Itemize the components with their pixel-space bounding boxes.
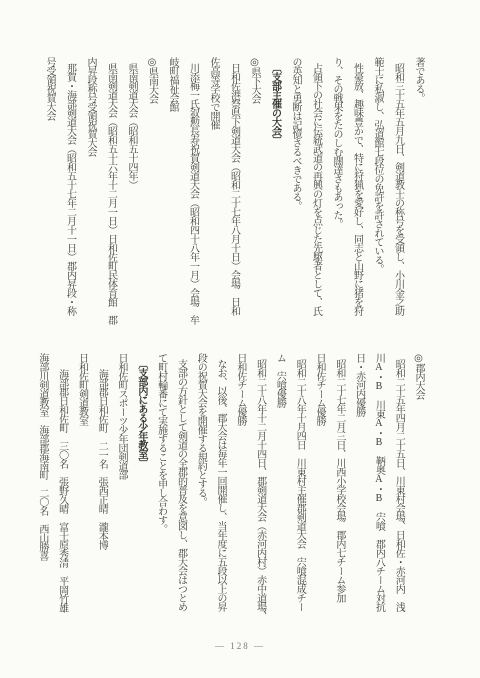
text-column: 海部郡日和佐町 二一名 張西正晴 瀧本博 [91, 353, 111, 631]
text-column: 那賀・海部剣道大会（昭和五十七年二月十一日）郡内昇段・称 [59, 57, 80, 335]
text-column: 佐高等学校で開催 [203, 57, 224, 335]
text-column: 岐町福祉会館 [162, 57, 183, 335]
text-column: 海部川剣道教室 海部郡海南町 二〇名 西山勝喜 [32, 353, 52, 631]
text-column: 川添梅一氏叙勲長寿祝賀剣道大会（昭和四十八年一月）会場 牟 [182, 57, 203, 335]
section-heading: 〔支部主催の大会〕 [264, 57, 285, 335]
text-column: 昭和二十七年二月三日、川西小学校会場 郡内七チーム参加 [329, 353, 349, 631]
page-number: — 128 — [0, 641, 480, 651]
text-column: 海部郡日和佐町 三〇名 張野久晴 富士原秀清 平岡竹雄 [52, 353, 72, 631]
subsection-title: ◎県南大会 [141, 57, 162, 335]
text-column: 昭和二十五年四月二十五日、川東村会場、日和佐・赤河内 浅 [388, 353, 408, 631]
scanned-document-page: 著である。昭和三十五年五月九日、剣道教士の称号を受領し、小川金之助範士に私淑し、… [0, 0, 480, 678]
text-column: 日和佐町スポーツ少年団剣道部 [111, 353, 131, 631]
lower-text-band: ◎郡内大会昭和二十五年四月二十五日、川東村会場、日和佐・赤河内 浅川A・B 川東… [32, 353, 428, 631]
text-column: 昭和二十八年十二月十四日、郡剣道大会（赤河内村）赤中道場、 [250, 353, 270, 631]
text-column: 内昇段称号受領祝賀大会 [80, 57, 101, 335]
text-column: 著である。 [408, 57, 429, 335]
text-column: り、その戦果をたのしむ闊達さもあった。 [326, 57, 347, 335]
text-column: 日和佐港祭県下剣道大会（昭和二十七年八月十日）会場 日和 [223, 57, 244, 335]
text-column: 性豪放、趣味豊かで、特に狩猟を愛好し、同志と山野に猪を狩 [346, 57, 367, 335]
text-column: 支部の方針として剣道の全郡的普及を意図し、郡大会はつとめ [171, 353, 191, 631]
section-heading: 〔支部内にある少年教室〕 [131, 353, 151, 631]
text-column: 昭和三十五年五月九日、剣道教士の称号を受領し、小川金之助 [387, 57, 408, 335]
text-column: 段の祝賀大会を開催する規約とする。 [190, 353, 210, 631]
text-column: 昭和二十八年十月四日 川東村主催郡剣道大会 宍喰混成チー [289, 353, 309, 631]
subsection-title: ◎県下大会 [244, 57, 265, 335]
text-column: 占領下の社会に伝統武道の再興の灯を点じた先駆者として、氏 [305, 57, 326, 335]
text-column: ム 宍喰優勝 [270, 353, 290, 631]
text-column: 川A・B 川東A・B 鞆奥A・B 宍喰 郡内八チーム対抗 [369, 353, 389, 631]
text-column: 日和佐チーム優勝 [230, 353, 250, 631]
text-column: なお、以後、郡大会は毎年一回開催し、当年度に五段以上の昇 [210, 353, 230, 631]
text-column: 県南剣道大会（昭和五十六年十二月一日）日和佐町民体育館 郡 [100, 57, 121, 335]
text-column: て町村輪番にて実施することを申し合わす。 [151, 353, 171, 631]
text-column: 日和佐チーム優勝 [309, 353, 329, 631]
text-column: 日・赤河内優勝 [349, 353, 369, 631]
text-column: 範士に私淑し、弘道館七段位の免許を許されている。 [367, 57, 388, 335]
text-column: の英知と勇断は記憶さるべきである。 [285, 57, 306, 335]
upper-text-band: 著である。昭和三十五年五月九日、剣道教士の称号を受領し、小川金之助範士に私淑し、… [39, 57, 429, 335]
text-column: 日和佐町剣道教室 [72, 353, 92, 631]
text-column: 県南剣道大会（昭和五十四年） [121, 57, 142, 335]
subsection-title: ◎郡内大会 [408, 353, 428, 631]
text-column: 号受領祝賀大会 [39, 57, 60, 335]
